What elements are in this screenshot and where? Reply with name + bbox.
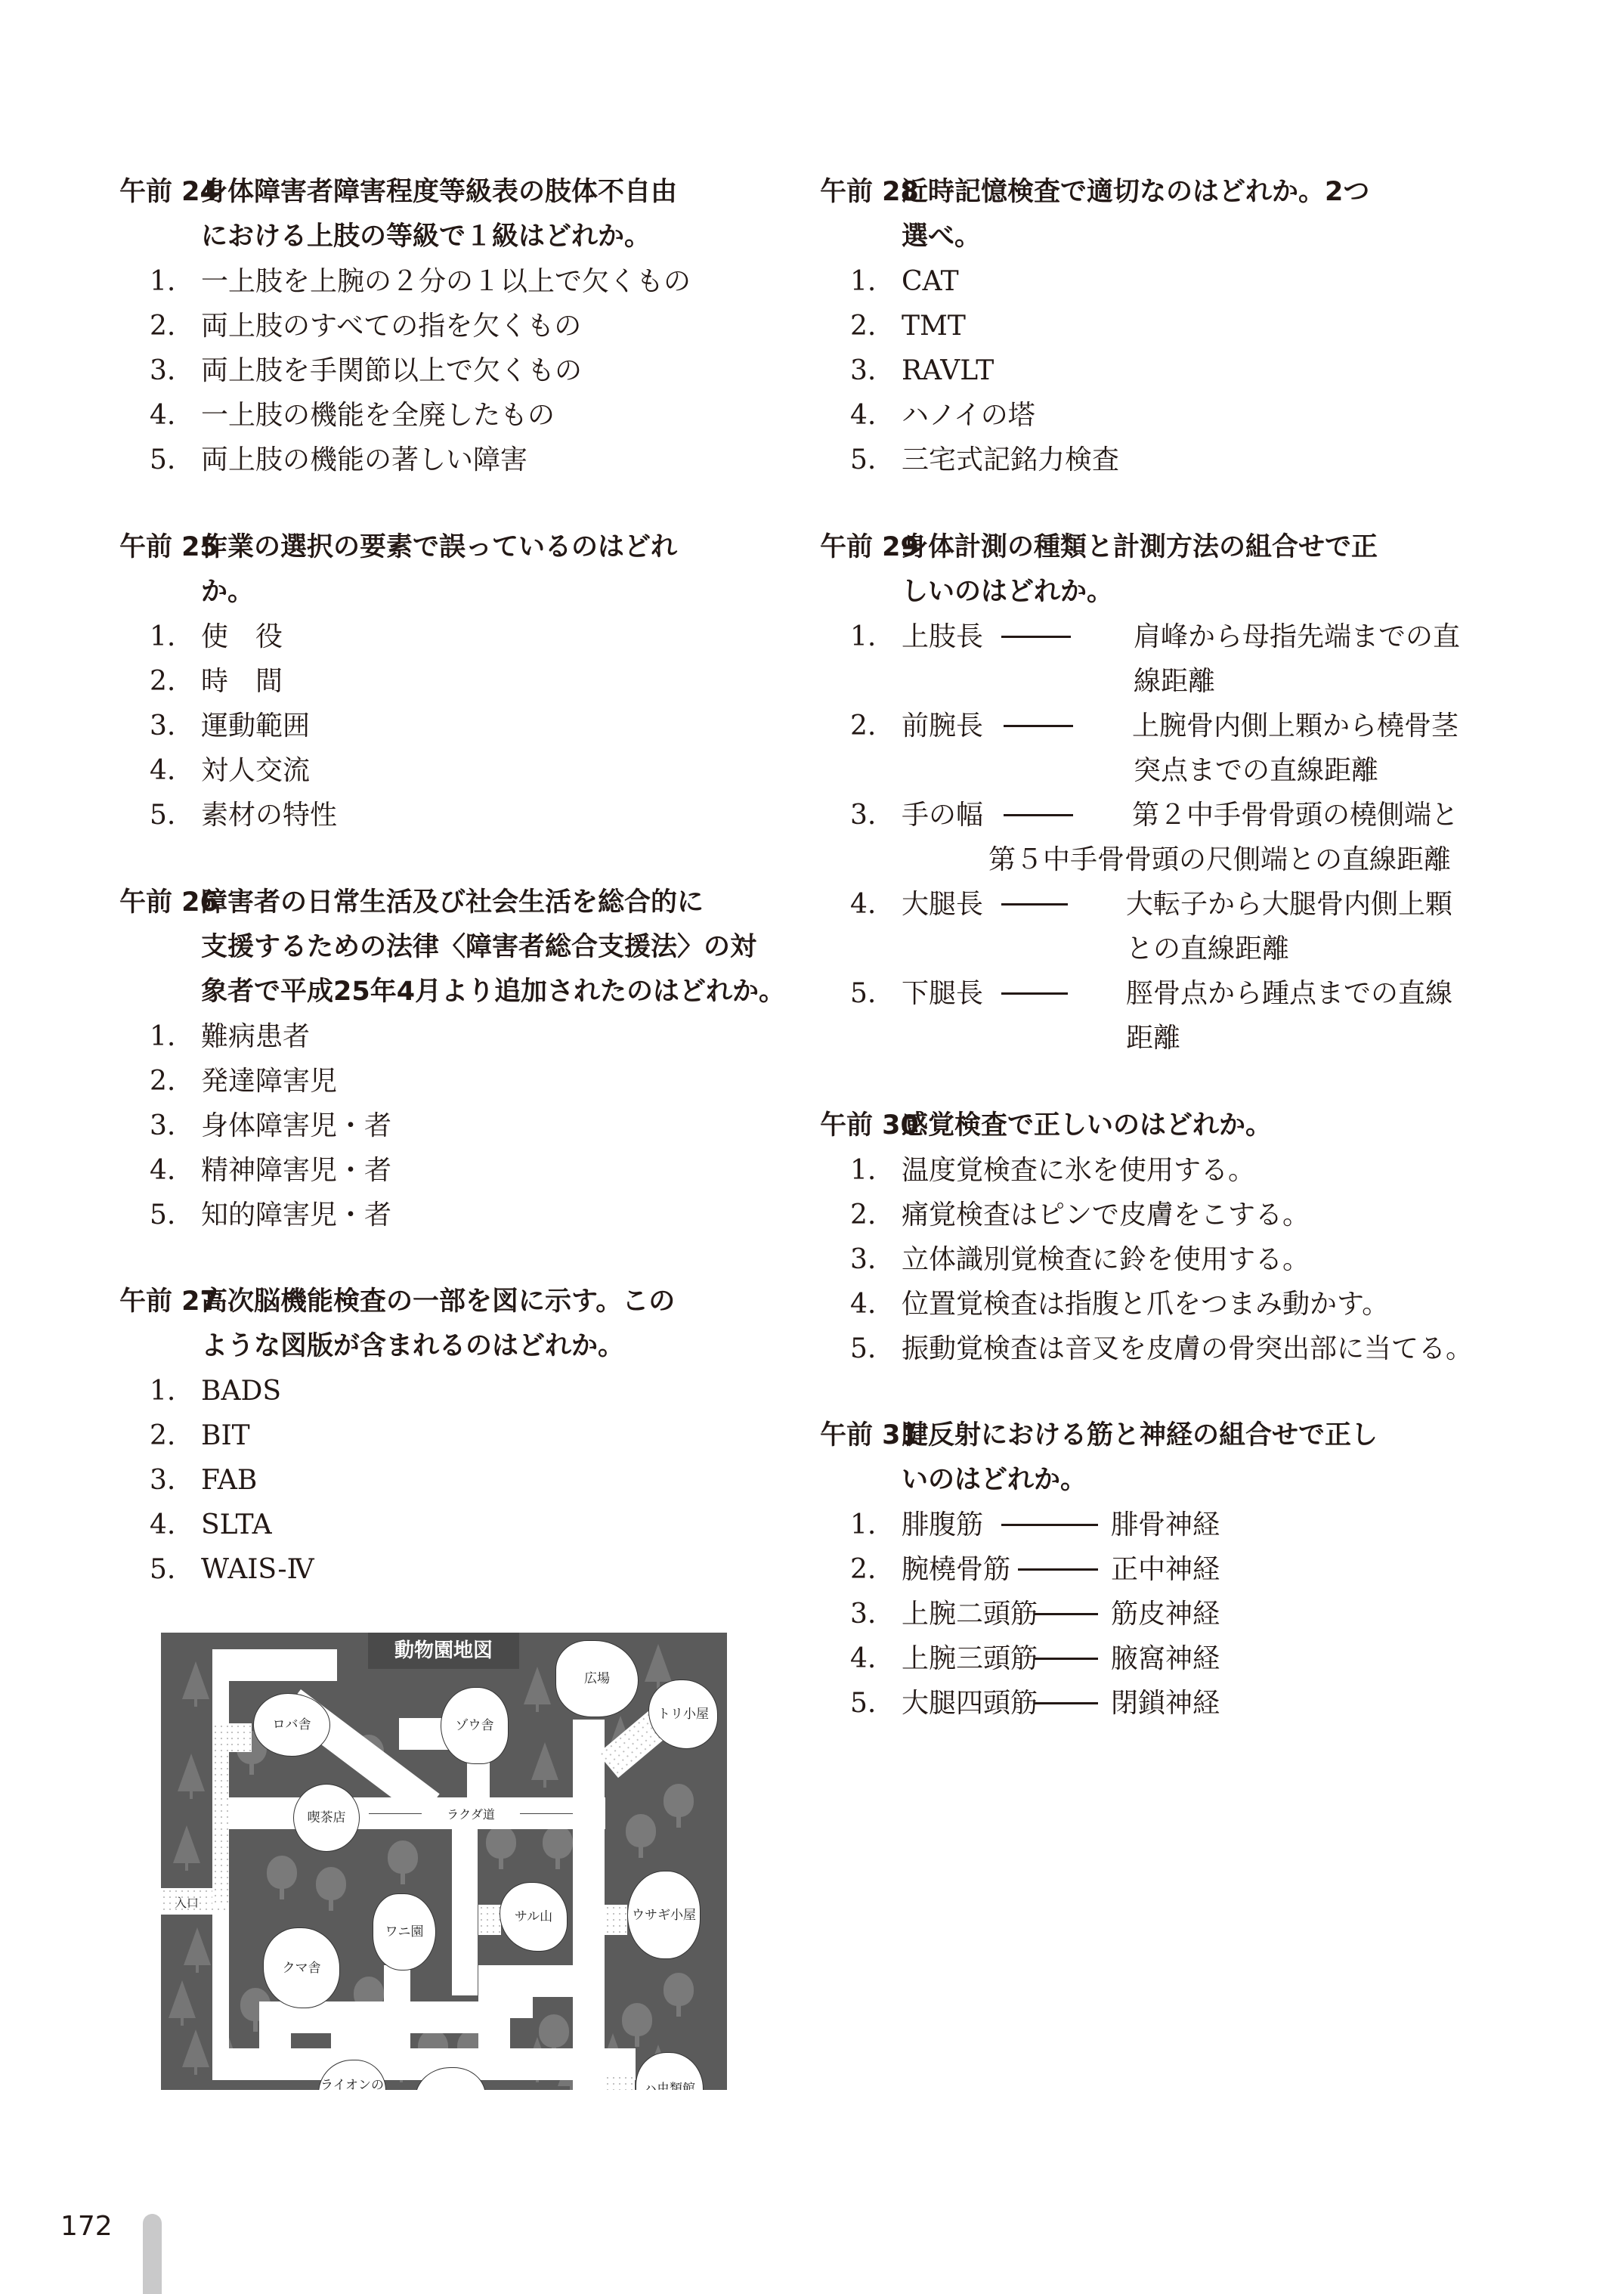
option-4: 4. 上腕三頭筋 腋窩神経 xyxy=(820,1636,1500,1681)
option-4: 4.精神障害児・者 xyxy=(119,1148,800,1193)
zoo-map-figure: 動物園地図 ラクダ道 入口 xyxy=(161,1633,727,2090)
option-4: 4.位置覚検査は指腹と爪をつまみ動かす。 xyxy=(820,1282,1500,1327)
question-number: 午前 24 xyxy=(119,170,201,215)
option-1: 1.一上肢を上腕の２分の１以上で欠くもの xyxy=(119,259,800,304)
question-stem: 午前 30感覚検査で正しいのはどれか。 xyxy=(820,1104,1500,1148)
road xyxy=(212,2048,636,2080)
option-1: 1. 腓腹筋 腓骨神経 xyxy=(820,1503,1500,1547)
option-1: 1. 上肢長 肩峰から母指先端までの直 xyxy=(820,615,1500,659)
question-stem: 午前 29身体計測の種類と計測方法の組合せで正 しいのはどれか。 xyxy=(820,525,1500,615)
option-2: 2.時 間 xyxy=(119,659,800,704)
question-30: 午前 30感覚検査で正しいのはどれか。 1.温度覚検査に氷を使用する。 2.痛覚… xyxy=(820,1104,1500,1371)
road xyxy=(212,1649,337,1681)
question-27: 午前 27高次脳機能検査の一部を図に示す。この ような図版が含まれるのはどれか。… xyxy=(119,1280,800,1592)
path-dotted xyxy=(229,1723,252,1752)
option-3: 3.身体障害児・者 xyxy=(119,1104,800,1148)
question-number: 午前 25 xyxy=(119,525,201,570)
option-2: 2.両上肢のすべての指を欠くもの xyxy=(119,304,800,348)
option-4: 4.SLTA xyxy=(119,1503,800,1547)
option-4: 4.一上肢の機能を全廃したもの xyxy=(119,393,800,438)
road xyxy=(259,2001,291,2048)
road xyxy=(384,1965,410,2048)
question-number: 午前 28 xyxy=(820,170,902,215)
question-31: 午前 31腱反射における筋と神経の組合せで正し いのはどれか。 1. 腓腹筋 腓… xyxy=(820,1413,1500,1726)
question-number: 午前 29 xyxy=(820,525,902,570)
option-4: 4. 大腿長 大転子から大腿骨内側上顆 xyxy=(820,882,1500,927)
tree-icon xyxy=(184,1927,211,1965)
option-5: 5. 下腿長 脛骨点から踵点までの直線 xyxy=(820,971,1500,1016)
option-4: 4.ハノイの塔 xyxy=(820,393,1500,438)
question-26: 午前 26障害者の日常生活及び社会生活を総合的に 支援するための法律〈障害者総合… xyxy=(119,881,800,1237)
path-dotted xyxy=(605,2075,635,2090)
place-donkey: ロバ舎 xyxy=(253,1693,330,1757)
road xyxy=(331,2026,384,2048)
tree-icon xyxy=(182,2029,209,2067)
question-number: 午前 31 xyxy=(820,1413,902,1458)
option-5: 5.素材の特性 xyxy=(119,793,800,837)
option-3: 3.運動範囲 xyxy=(119,704,800,748)
tree-icon xyxy=(645,1644,672,1682)
option-5: 5.両上肢の機能の著しい障害 xyxy=(119,438,800,482)
option-5: 5.振動覚検査は音叉を皮膚の骨突出部に当てる。 xyxy=(820,1327,1500,1371)
dash-line xyxy=(1001,1524,1098,1526)
question-number: 午前 27 xyxy=(119,1280,201,1324)
road xyxy=(478,1965,573,1997)
question-25: 午前 25作業の選択の要素で誤っているのはどれ か。 1.使 役 2.時 間 3… xyxy=(119,525,800,837)
question-number: 午前 26 xyxy=(119,881,201,925)
option-2-cont: 突点までの直線距離 xyxy=(820,748,1500,793)
question-stem: 午前 31腱反射における筋と神経の組合せで正し いのはどれか。 xyxy=(820,1413,1500,1503)
option-3: 3. 上腕二頭筋 筋皮神経 xyxy=(820,1592,1500,1636)
dash-line xyxy=(1034,1702,1098,1704)
option-3: 3.両上肢を手関節以上で欠くもの xyxy=(119,348,800,393)
tree-icon xyxy=(178,1754,205,1791)
question-stem: 午前 25作業の選択の要素で誤っているのはどれ か。 xyxy=(119,525,800,615)
path-dotted xyxy=(478,1905,501,1935)
tree-icon xyxy=(173,1825,200,1863)
option-1: 1.CAT xyxy=(820,259,1500,304)
place-rabbit-house: ウサギ小屋 xyxy=(627,1871,701,1959)
question-stem: 午前 27高次脳機能検査の一部を図に示す。この ような図版が含まれるのはどれか。 xyxy=(119,1280,800,1369)
tree-icon xyxy=(267,1856,297,1889)
option-5: 5.三宅式記銘力検査 xyxy=(820,438,1500,482)
tree-icon xyxy=(626,1814,656,1847)
option-3: 3. 手の幅 第２中手骨骨頭の橈側端と xyxy=(820,793,1500,837)
question-28: 午前 28近時記憶検査で適切なのはどれか。2つ 選べ。 1.CAT 2.TMT … xyxy=(820,170,1500,482)
dash-line xyxy=(1018,1568,1098,1571)
place-crocodile-garden: ワニ園 xyxy=(373,1893,436,1970)
dash-line xyxy=(1001,903,1068,906)
option-2: 2. 腕橈骨筋 正中神経 xyxy=(820,1547,1500,1592)
road xyxy=(510,1997,533,2018)
tree-icon xyxy=(486,1825,516,1859)
question-24: 午前 24身体障害者障害程度等級表の肢体不自由 における上肢の等級で１級はどれか… xyxy=(119,170,800,482)
option-2: 2.TMT xyxy=(820,304,1500,348)
dash-line xyxy=(1001,992,1068,995)
option-1: 1.BADS xyxy=(119,1369,800,1413)
option-1: 1.難病患者 xyxy=(119,1014,800,1059)
option-4-cont: との直線距離 xyxy=(820,927,1500,971)
option-4: 4.対人交流 xyxy=(119,748,800,793)
tree-icon xyxy=(543,1825,573,1859)
tree-icon xyxy=(531,1742,558,1780)
place-elephant: ゾウ舎 xyxy=(441,1687,509,1764)
tree-icon xyxy=(169,1980,196,2018)
path-dotted xyxy=(605,1905,627,1935)
dash-line xyxy=(1004,725,1073,727)
option-3-cont: 第５中手骨骨頭の尺側端との直線距離 xyxy=(820,837,1500,882)
option-5-cont: 距離 xyxy=(820,1016,1500,1060)
question-stem: 午前 28近時記憶検査で適切なのはどれか。2つ 選べ。 xyxy=(820,170,1500,259)
tree-icon xyxy=(622,2003,652,2036)
option-3: 3.FAB xyxy=(119,1458,800,1503)
road xyxy=(452,1825,478,1995)
option-3: 3.立体識別覚検査に鈴を使用する。 xyxy=(820,1237,1500,1282)
dash-line xyxy=(1004,814,1073,816)
page-number: 172 xyxy=(60,2211,113,2242)
question-stem: 午前 26障害者の日常生活及び社会生活を総合的に 支援するための法律〈障害者総合… xyxy=(119,881,800,1014)
option-1: 1.使 役 xyxy=(119,615,800,659)
place-monkey-mountain: サル山 xyxy=(500,1882,568,1952)
map-title: 動物園地図 xyxy=(368,1633,519,1669)
tree-icon xyxy=(316,1867,346,1900)
option-2: 2.痛覚検査はピンで皮膚をこする。 xyxy=(820,1193,1500,1237)
option-1: 1.温度覚検査に氷を使用する。 xyxy=(820,1148,1500,1193)
question-number: 午前 30 xyxy=(820,1104,902,1148)
place-bear-house: クマ舎 xyxy=(263,1927,340,2008)
dash-line xyxy=(1034,1658,1098,1660)
place-cafe: 喫茶店 xyxy=(293,1784,360,1852)
question-stem: 午前 24身体障害者障害程度等級表の肢体不自由 における上肢の等級で１級はどれか… xyxy=(119,170,800,259)
road-label: ラクダ道 xyxy=(369,1805,573,1822)
tree-icon xyxy=(388,1840,418,1874)
dash-line xyxy=(1034,1613,1098,1615)
place-plaza: 広場 xyxy=(555,1640,639,1717)
tree-icon xyxy=(664,1784,694,1817)
tree-icon xyxy=(182,1661,209,1699)
option-5: 5. 大腿四頭筋 閉鎖神経 xyxy=(820,1681,1500,1726)
page-edge-tab xyxy=(143,2214,162,2294)
dash-line xyxy=(1001,636,1071,638)
road xyxy=(573,1720,605,2090)
entrance-label: 入口 xyxy=(175,1893,199,1911)
tree-icon xyxy=(524,1667,551,1704)
option-1-cont: 線距離 xyxy=(820,659,1500,704)
option-2: 2.BIT xyxy=(119,1413,800,1458)
option-2: 2.発達障害児 xyxy=(119,1059,800,1104)
option-2: 2. 前腕長 上腕骨内側上顆から橈骨茎 xyxy=(820,704,1500,748)
question-29: 午前 29身体計測の種類と計測方法の組合せで正 しいのはどれか。 1. 上肢長 … xyxy=(820,525,1500,1060)
path-dotted xyxy=(212,1723,229,1905)
option-5: 5.知的障害児・者 xyxy=(119,1193,800,1237)
option-3: 3.RAVLT xyxy=(820,348,1500,393)
tree-icon xyxy=(539,2014,569,2048)
tree-icon xyxy=(664,1973,694,2006)
option-5: 5.WAIS-Ⅳ xyxy=(119,1547,800,1592)
